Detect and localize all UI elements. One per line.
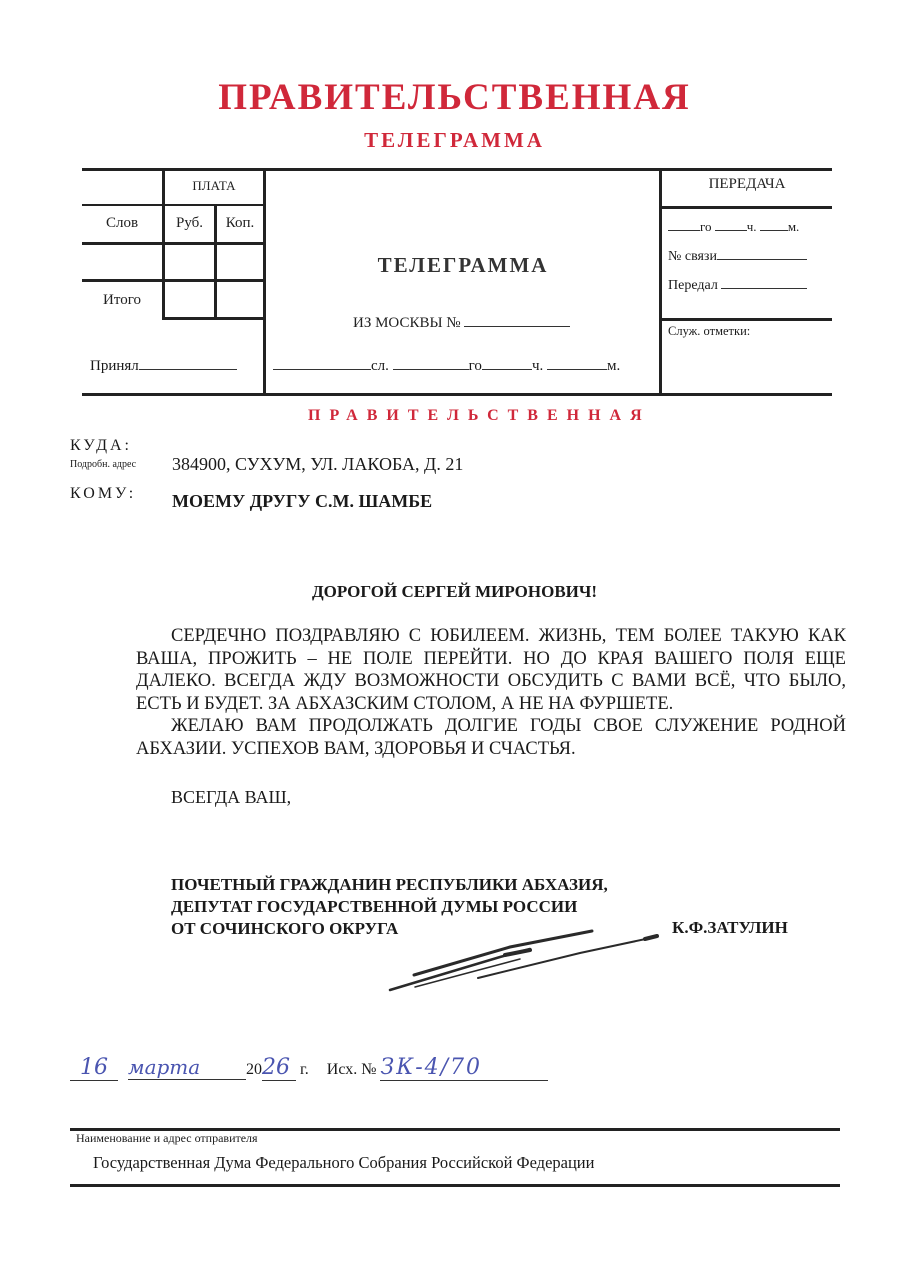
sent-by-label: Передал	[668, 278, 718, 293]
document-title: ПРАВИТЕЛЬСТВЕННАЯ	[0, 76, 909, 119]
signatory-name: К.Ф.ЗАТУЛИН	[672, 918, 788, 938]
transmission-header: ПЕРЕДАЧА	[662, 176, 832, 193]
transmission-time-field: го ч. м.	[668, 219, 799, 235]
dispatch-month: марта	[128, 1055, 246, 1080]
channel-label: № связи	[668, 249, 717, 264]
dispatch-day: 16	[70, 1055, 118, 1081]
payment-header: ПЛАТА	[165, 178, 263, 194]
greeting: ДОРОГОЙ СЕРГЕЙ МИРОНОВИЧ!	[0, 582, 909, 602]
words-suffix: сл.	[371, 358, 389, 374]
message-paragraph: СЕРДЕЧНО ПОЗДРАВЛЯЮ С ЮБИЛЕЕМ. ЖИЗНЬ, ТЕ…	[136, 625, 846, 715]
sender-name: Государственная Дума Федерального Собран…	[93, 1153, 594, 1173]
dispatch-line: 16 марта2026 г. Исх. № ЗК-4/70	[70, 1055, 548, 1081]
document-subtitle: ТЕЛЕГРАММА	[0, 128, 909, 153]
sent-by-field: Передал	[668, 276, 807, 294]
category-label: ПРАВИТЕЛЬСТВЕННАЯ	[308, 407, 651, 425]
channel-field: № связи	[668, 247, 807, 265]
outgoing-label: Исх. №	[327, 1061, 377, 1078]
outgoing-number: ЗК-4/70	[380, 1055, 548, 1081]
year-unit: г.	[300, 1061, 309, 1078]
hour-suffix: ч.	[532, 358, 543, 374]
total-label: Итого	[82, 292, 162, 309]
rub-label: Руб.	[165, 215, 214, 232]
address-value: 384900, СУХУМ, УЛ. ЛАКОБА, Д. 21	[172, 454, 463, 475]
service-marks-label: Служ. отметки:	[668, 324, 750, 339]
from-moscow-field: ИЗ МОСКВЫ №	[353, 312, 570, 332]
words-time-field: сл. гоч. м.	[273, 355, 620, 375]
signatory-line: ПОЧЕТНЫЙ ГРАЖДАНИН РЕСПУБЛИКИ АБХАЗИЯ,	[171, 874, 608, 896]
where-label: КУДА:	[70, 437, 132, 455]
where-sub-label: Подробн. адрес	[70, 459, 136, 470]
handwritten-signature-icon	[380, 915, 680, 995]
tx-hour-suffix: ч.	[747, 219, 757, 234]
year-prefix: 20	[246, 1061, 262, 1078]
minute-suffix: м.	[607, 358, 620, 374]
message-paragraph: ЖЕЛАЮ ВАМ ПРОДОЛЖАТЬ ДОЛГИЕ ГОДЫ СВОЕ СЛ…	[136, 715, 846, 760]
to-label: КОМУ:	[70, 485, 136, 503]
tx-minute-suffix: м.	[788, 219, 799, 234]
day-suffix: го	[469, 358, 482, 374]
from-moscow-label: ИЗ МОСКВЫ №	[353, 315, 461, 331]
recipient-value: МОЕМУ ДРУГУ С.М. ШАМБЕ	[172, 491, 432, 512]
tx-day-suffix: го	[700, 219, 712, 234]
dispatch-year: 26	[262, 1055, 296, 1081]
received-label: Принял	[90, 358, 139, 374]
received-by-field: Принял	[90, 355, 237, 375]
form-title: ТЕЛЕГРАММА	[266, 253, 660, 278]
sender-bottom-divider	[70, 1184, 840, 1187]
words-label: Слов	[82, 215, 162, 232]
sender-label: Наименование и адрес отправителя	[76, 1131, 258, 1146]
closing: ВСЕГДА ВАШ,	[171, 787, 291, 808]
kop-label: Коп.	[217, 215, 263, 232]
message-body: СЕРДЕЧНО ПОЗДРАВЛЯЮ С ЮБИЛЕЕМ. ЖИЗНЬ, ТЕ…	[136, 625, 846, 760]
